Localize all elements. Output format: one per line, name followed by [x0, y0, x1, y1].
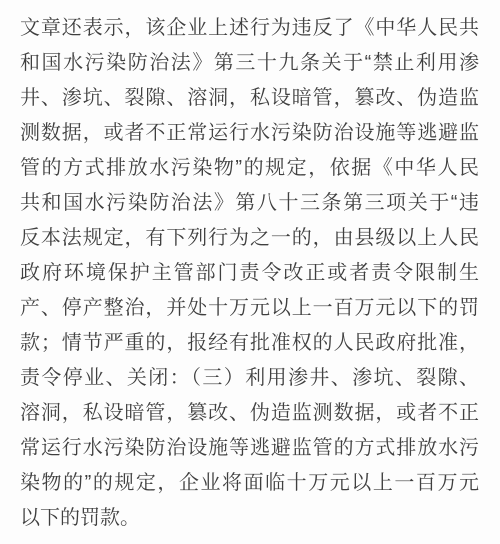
- text-line: 和国水污染防治法》第三十九条关于“禁止利用渗: [20, 46, 479, 81]
- text-line: 共和国水污染防治法》第八十三条第三项关于“违: [20, 186, 479, 221]
- text-line: 以下的罚款。: [20, 501, 479, 536]
- text-line: 政府环境保护主管部门责令改正或者责令限制生: [20, 256, 479, 291]
- text-line: 常运行水污染防治设施等逃避监管的方式排放水污: [20, 431, 479, 466]
- text-line: 管的方式排放水污染物”的规定，依据《中华人民: [20, 151, 479, 186]
- text-line: 责令停业、关闭：（三）利用渗井、渗坑、裂隙、: [20, 361, 479, 396]
- text-line: 染物的”的规定，企业将面临十万元以上一百万元: [20, 466, 479, 501]
- text-line: 井、渗坑、裂隙、溶洞，私设暗管，篡改、伪造监: [20, 81, 479, 116]
- text-line: 测数据，或者不正常运行水污染防治设施等逃避监: [20, 116, 479, 151]
- article-paragraph: 文章还表示，该企业上述行为违反了《中华人民共 和国水污染防治法》第三十九条关于“…: [20, 11, 479, 536]
- text-line: 文章还表示，该企业上述行为违反了《中华人民共: [20, 11, 479, 46]
- text-line: 溶洞，私设暗管，篡改、伪造监测数据，或者不正: [20, 396, 479, 431]
- text-line: 款；情节严重的，报经有批准权的人民政府批准，: [20, 326, 479, 361]
- text-line: 反本法规定，有下列行为之一的，由县级以上人民: [20, 221, 479, 256]
- article-body: 文章还表示，该企业上述行为违反了《中华人民共 和国水污染防治法》第三十九条关于“…: [0, 0, 500, 536]
- text-line: 产、停产整治，并处十万元以上一百万元以下的罚: [20, 291, 479, 326]
